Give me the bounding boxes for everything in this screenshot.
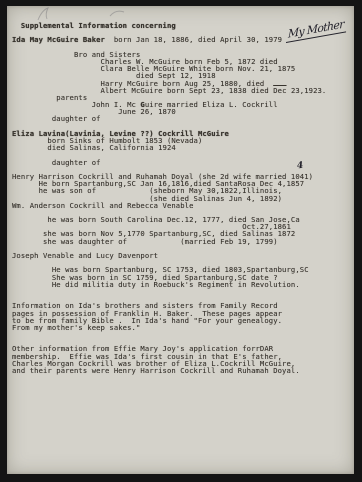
typed-line: daughter of	[12, 115, 326, 122]
typed-text-segment: daughter of	[12, 114, 101, 123]
typed-text-segment: He did militia duty in Roebuck's Regimen…	[12, 280, 300, 289]
typed-line: she was daughter of (married Feb 19, 179…	[12, 238, 326, 245]
typed-text-segment: she was daughter of (married Feb 19, 179…	[12, 237, 278, 246]
typed-line: daughter of	[12, 159, 326, 166]
typed-text-segment: 23,1923.	[287, 86, 327, 95]
typed-text-segment: Joseph Venable and Lucy Davenport	[12, 251, 158, 260]
pencil-marks	[32, 6, 152, 22]
typed-text-segment: born Jan 18, 1886, died April 30, 1979	[105, 35, 282, 44]
photo-scan: Supplemental Information concerningIda M…	[0, 0, 362, 482]
typed-line	[12, 288, 326, 295]
typed-line: From my mother's keep sakes."	[12, 324, 326, 331]
typed-text-segment: Wm. Anderson Cockrill and Rebecca Venabl…	[12, 201, 194, 210]
typed-line: Joseph Venable and Lucy Davenport	[12, 252, 326, 259]
typed-line: He did militia duty in Roebuck's Regimen…	[12, 281, 326, 288]
typed-text-segment: From my mother's keep sakes."	[12, 323, 140, 332]
typed-text-segment: and their parents were Henry Harrison Co…	[12, 366, 300, 375]
typed-text-segment: daughter of	[12, 158, 101, 167]
document-page: Supplemental Information concerningIda M…	[7, 6, 354, 474]
typed-line: and their parents were Henry Harrison Co…	[12, 367, 326, 374]
typed-line	[12, 331, 326, 338]
typed-line: died Salinas, California 1924	[12, 144, 326, 151]
typed-line: Ida May McGuire Baker born Jan 18, 1886,…	[12, 36, 326, 43]
typed-text-segment: Ida May McGuire Baker	[12, 35, 105, 44]
typed-text-block: Supplemental Information concerningIda M…	[12, 22, 326, 374]
typed-line: Supplemental Information concerning	[12, 22, 326, 29]
typed-text-segment: Dec	[273, 86, 286, 95]
handwritten-inserted-digit: 4	[296, 161, 303, 172]
typed-text-segment: died Salinas, California 1924	[12, 143, 176, 152]
typed-text-segment: Supplemental Information concerning	[12, 21, 176, 30]
